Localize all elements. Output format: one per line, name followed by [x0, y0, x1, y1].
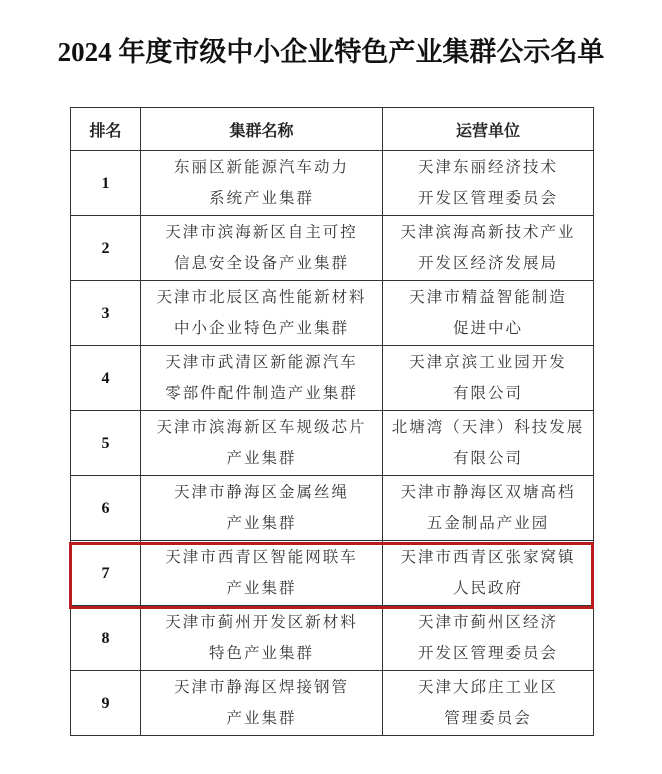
- operator-line: 天津大邱庄工业区: [383, 672, 593, 703]
- operator-line: 天津市精益智能制造: [383, 282, 593, 313]
- cluster-name-line: 产业集群: [141, 703, 382, 734]
- table-row: 5 天津市滨海新区车规级芯片 产业集群 北塘湾（天津）科技发展 有限公司: [71, 411, 594, 476]
- rank-cell: 4: [71, 346, 141, 411]
- cluster-name-line: 产业集群: [141, 443, 382, 474]
- rank-cell: 3: [71, 281, 141, 346]
- cluster-name-line: 天津市滨海新区自主可控: [141, 217, 382, 248]
- cluster-name-line: 天津市滨海新区车规级芯片: [141, 412, 382, 443]
- rank-cell: 5: [71, 411, 141, 476]
- cluster-name-line: 产业集群: [141, 508, 382, 539]
- operator-cell: 天津大邱庄工业区 管理委员会: [383, 671, 594, 736]
- cluster-name-line: 天津市北辰区高性能新材料: [141, 282, 382, 313]
- operator-line: 天津滨海高新技术产业: [383, 217, 593, 248]
- operator-line: 有限公司: [383, 378, 593, 409]
- table-row: 9 天津市静海区焊接钢管 产业集群 天津大邱庄工业区 管理委员会: [71, 671, 594, 736]
- cluster-name-line: 零部件配件制造产业集群: [141, 378, 382, 409]
- cluster-name-line: 特色产业集群: [141, 638, 382, 669]
- operator-line: 人民政府: [383, 573, 593, 604]
- table-row: 3 天津市北辰区高性能新材料 中小企业特色产业集群 天津市精益智能制造 促进中心: [71, 281, 594, 346]
- cluster-name-line: 信息安全设备产业集群: [141, 248, 382, 279]
- operator-line: 天津市蓟州区经济: [383, 607, 593, 638]
- operator-cell: 天津市静海区双塘高档 五金制品产业园: [383, 476, 594, 541]
- table-row: 8 天津市蓟州开发区新材料 特色产业集群 天津市蓟州区经济 开发区管理委员会: [71, 606, 594, 671]
- operator-line: 天津市西青区张家窝镇: [383, 542, 593, 573]
- operator-line: 天津京滨工业园开发: [383, 347, 593, 378]
- operator-cell: 天津滨海高新技术产业 开发区经济发展局: [383, 216, 594, 281]
- cluster-list-table: 排名 集群名称 运营单位 1 东丽区新能源汽车动力 系统产业集群 天津东丽经济技…: [70, 107, 594, 736]
- rank-cell: 2: [71, 216, 141, 281]
- operator-cell: 天津京滨工业园开发 有限公司: [383, 346, 594, 411]
- cluster-name-line: 中小企业特色产业集群: [141, 313, 382, 344]
- cluster-name-line: 产业集群: [141, 573, 382, 604]
- operator-line: 五金制品产业园: [383, 508, 593, 539]
- rank-cell: 1: [71, 151, 141, 216]
- cluster-name-cell: 天津市西青区智能网联车 产业集群: [141, 541, 383, 606]
- rank-cell: 6: [71, 476, 141, 541]
- rank-cell: 7: [71, 541, 141, 606]
- cluster-name-cell: 天津市滨海新区车规级芯片 产业集群: [141, 411, 383, 476]
- table-header-row: 排名 集群名称 运营单位: [71, 108, 594, 151]
- rank-cell: 8: [71, 606, 141, 671]
- table-row: 4 天津市武清区新能源汽车 零部件配件制造产业集群 天津京滨工业园开发 有限公司: [71, 346, 594, 411]
- cluster-name-line: 系统产业集群: [141, 183, 382, 214]
- operator-line: 促进中心: [383, 313, 593, 344]
- cluster-name-cell: 天津市静海区金属丝绳 产业集群: [141, 476, 383, 541]
- operator-line: 有限公司: [383, 443, 593, 474]
- cluster-name-cell: 天津市滨海新区自主可控 信息安全设备产业集群: [141, 216, 383, 281]
- cluster-name-line: 天津市武清区新能源汽车: [141, 347, 382, 378]
- operator-line: 开发区管理委员会: [383, 183, 593, 214]
- cluster-name-cell: 天津市北辰区高性能新材料 中小企业特色产业集群: [141, 281, 383, 346]
- operator-cell: 天津市精益智能制造 促进中心: [383, 281, 594, 346]
- header-rank: 排名: [71, 108, 141, 151]
- cluster-name-cell: 天津市静海区焊接钢管 产业集群: [141, 671, 383, 736]
- cluster-name-cell: 东丽区新能源汽车动力 系统产业集群: [141, 151, 383, 216]
- operator-line: 开发区经济发展局: [383, 248, 593, 279]
- operator-line: 天津市静海区双塘高档: [383, 477, 593, 508]
- document-title: 2024 年度市级中小企业特色产业集群公示名单: [0, 30, 662, 69]
- operator-line: 北塘湾（天津）科技发展: [383, 412, 593, 443]
- operator-cell: 天津市蓟州区经济 开发区管理委员会: [383, 606, 594, 671]
- rank-cell: 9: [71, 671, 141, 736]
- cluster-name-cell: 天津市武清区新能源汽车 零部件配件制造产业集群: [141, 346, 383, 411]
- cluster-name-line: 天津市静海区焊接钢管: [141, 672, 382, 703]
- cluster-name-line: 东丽区新能源汽车动力: [141, 152, 382, 183]
- cluster-name-line: 天津市西青区智能网联车: [141, 542, 382, 573]
- operator-cell: 天津市西青区张家窝镇 人民政府: [383, 541, 594, 606]
- operator-line: 天津东丽经济技术: [383, 152, 593, 183]
- operator-line: 开发区管理委员会: [383, 638, 593, 669]
- header-cluster-name: 集群名称: [141, 108, 383, 151]
- table-row-highlighted: 7 天津市西青区智能网联车 产业集群 天津市西青区张家窝镇 人民政府: [71, 541, 594, 606]
- operator-cell: 北塘湾（天津）科技发展 有限公司: [383, 411, 594, 476]
- table-row: 1 东丽区新能源汽车动力 系统产业集群 天津东丽经济技术 开发区管理委员会: [71, 151, 594, 216]
- cluster-name-line: 天津市蓟州开发区新材料: [141, 607, 382, 638]
- header-operator: 运营单位: [383, 108, 594, 151]
- operator-line: 管理委员会: [383, 703, 593, 734]
- cluster-name-cell: 天津市蓟州开发区新材料 特色产业集群: [141, 606, 383, 671]
- operator-cell: 天津东丽经济技术 开发区管理委员会: [383, 151, 594, 216]
- table-row: 6 天津市静海区金属丝绳 产业集群 天津市静海区双塘高档 五金制品产业园: [71, 476, 594, 541]
- cluster-name-line: 天津市静海区金属丝绳: [141, 477, 382, 508]
- table-row: 2 天津市滨海新区自主可控 信息安全设备产业集群 天津滨海高新技术产业 开发区经…: [71, 216, 594, 281]
